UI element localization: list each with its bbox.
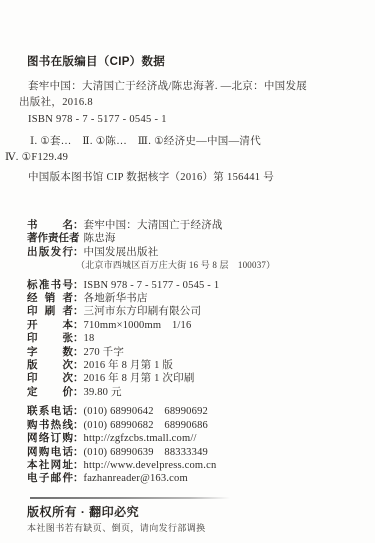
info-row: 字数：270 千字 bbox=[0, 346, 375, 359]
divider-line bbox=[30, 497, 230, 499]
info-row: 定价：39.80 元 bbox=[0, 386, 375, 399]
info-row: 网购电话：(010) 68990639 88333349 bbox=[0, 446, 375, 459]
info-row: 出版发行：中国发展出版社 bbox=[0, 246, 375, 259]
info-value: 陈忠海 bbox=[84, 233, 116, 244]
replacement-note: 本社图书若有缺页、倒页，请向发行部调换 bbox=[27, 521, 206, 534]
info-value: 2016 年 8 月第 1 版 bbox=[84, 360, 174, 371]
info-row: 开本：710mm×1000mm 1/16 bbox=[0, 319, 375, 332]
info-value: 270 千字 bbox=[84, 347, 125, 358]
info-value: fazhanreader@163.com bbox=[84, 473, 188, 484]
info-label: 字数 bbox=[27, 346, 73, 359]
info-value: (010) 68990682 68990686 bbox=[84, 420, 208, 431]
info-label-colon: ： bbox=[73, 319, 84, 332]
info-row: 电子邮件：fazhanreader@163.com bbox=[0, 472, 375, 485]
info-row-address: （北京市西城区百万庄大街 16 号 8 层 100037） bbox=[0, 259, 375, 272]
info-value: (010) 68990639 88333349 bbox=[84, 447, 208, 458]
info-label: 书名 bbox=[27, 219, 73, 232]
info-value: （北京市西城区百万庄大街 16 号 8 层 100037） bbox=[76, 260, 275, 270]
info-value: 中国发展出版社 bbox=[84, 247, 159, 258]
info-label-colon: ： bbox=[73, 305, 84, 318]
book-copyright-page: 图书在版编目（CIP）数据 套牢中国：大清国亡于经济战/陈忠海著. —北京：中国… bbox=[0, 0, 375, 543]
info-label-colon: ： bbox=[73, 419, 84, 432]
info-label-colon: ： bbox=[73, 372, 84, 385]
info-row: 印刷者：三河市东方印刷有限公司 bbox=[0, 305, 375, 318]
info-label: 著作责任者 bbox=[27, 232, 73, 245]
info-label: 经销者 bbox=[27, 292, 73, 305]
info-row: 网络订购：http://zgfzcbs.tmall.com// bbox=[0, 432, 375, 445]
info-label: 印张 bbox=[27, 332, 73, 345]
cip-isbn-line: ISBN 978 - 7 - 5177 - 0545 - 1 bbox=[28, 112, 375, 128]
info-row: 本社网址：http://www.develpress.com.cn bbox=[0, 459, 375, 472]
info-label-colon: ： bbox=[73, 446, 84, 459]
info-label-colon: ： bbox=[73, 246, 84, 259]
info-row: 印次：2016 年 8 月第 1 次印刷 bbox=[0, 372, 375, 385]
info-label-colon: ： bbox=[73, 279, 84, 292]
cip-heading: 图书在版编目（CIP）数据 bbox=[27, 55, 375, 70]
info-row: 联系电话：(010) 68990642 68990692 bbox=[0, 405, 375, 418]
cip-block: 图书在版编目（CIP）数据 套牢中国：大清国亡于经济战/陈忠海著. —北京：中国… bbox=[0, 55, 375, 186]
cip-entry-line-1: 套牢中国：大清国亡于经济战/陈忠海著. —北京：中国发展 bbox=[28, 79, 375, 95]
info-label-colon: ： bbox=[73, 292, 84, 305]
info-row: 标准书号：ISBN 978 - 7 - 5177 - 0545 - 1 bbox=[0, 279, 375, 292]
info-label: 购书热线 bbox=[27, 419, 73, 432]
info-value: 各地新华书店 bbox=[84, 293, 148, 304]
cip-record-number-line: 中国版本图书馆 CIP 数据核字（2016）第 156441 号 bbox=[28, 170, 375, 186]
info-label: 本社网址 bbox=[27, 459, 73, 472]
info-label-colon: ： bbox=[73, 459, 84, 472]
info-label: 联系电话 bbox=[27, 405, 73, 418]
info-label-colon: ： bbox=[73, 432, 84, 445]
publication-info-table: 书名：套牢中国：大清国亡于经济战著作责任者：陈忠海出版发行：中国发展出版社（北京… bbox=[0, 219, 375, 486]
info-value: 2016 年 8 月第 1 次印刷 bbox=[84, 373, 195, 384]
info-label: 电子邮件 bbox=[27, 472, 73, 485]
info-label-colon: ： bbox=[73, 405, 84, 418]
info-label: 印次 bbox=[27, 372, 73, 385]
info-label-colon: ： bbox=[73, 472, 84, 485]
info-label: 标准书号 bbox=[27, 279, 73, 292]
info-value: (010) 68990642 68990692 bbox=[84, 406, 208, 417]
info-label: 定价 bbox=[27, 386, 73, 399]
info-value: ISBN 978 - 7 - 5177 - 0545 - 1 bbox=[84, 280, 220, 291]
info-row: 书名：套牢中国：大清国亡于经济战 bbox=[0, 219, 375, 232]
cip-classification-line-2: Ⅳ. ①F129.49 bbox=[5, 150, 375, 166]
info-label: 开本 bbox=[27, 319, 73, 332]
info-label: 网络订购 bbox=[27, 432, 73, 445]
info-row: 著作责任者：陈忠海 bbox=[0, 232, 375, 245]
info-value: http://www.develpress.com.cn bbox=[84, 460, 217, 471]
info-label: 版次 bbox=[27, 359, 73, 372]
cip-classification-line-1: Ⅰ. ①套… Ⅱ. ①陈… Ⅲ. ①经济史—中国—清代 bbox=[30, 134, 375, 150]
info-value: 710mm×1000mm 1/16 bbox=[84, 320, 192, 331]
info-label-colon: ： bbox=[73, 332, 84, 345]
info-value: 39.80 元 bbox=[84, 387, 122, 398]
info-row: 印张：18 bbox=[0, 332, 375, 345]
info-label-colon: ： bbox=[73, 386, 84, 399]
info-label: 网购电话 bbox=[27, 446, 73, 459]
info-value: 套牢中国：大清国亡于经济战 bbox=[84, 220, 223, 231]
info-row: 版次：2016 年 8 月第 1 版 bbox=[0, 359, 375, 372]
info-label: 印刷者 bbox=[27, 305, 73, 318]
info-row: 经销者：各地新华书店 bbox=[0, 292, 375, 305]
info-label-colon: ： bbox=[73, 219, 84, 232]
info-label: 出版发行 bbox=[27, 246, 73, 259]
info-value: 三河市东方印刷有限公司 bbox=[84, 306, 202, 317]
info-label-colon: ： bbox=[73, 346, 84, 359]
cip-entry-line-2: 出版社，2016.8 bbox=[19, 95, 375, 111]
info-value: 18 bbox=[84, 333, 95, 344]
info-label-colon: ： bbox=[73, 359, 84, 372]
copyright-notice: 版权所有 · 翻印必究 bbox=[27, 503, 139, 520]
info-label-colon: ： bbox=[73, 232, 84, 245]
info-row: 购书热线：(010) 68990682 68990686 bbox=[0, 419, 375, 432]
info-value: http://zgfzcbs.tmall.com// bbox=[84, 433, 197, 444]
